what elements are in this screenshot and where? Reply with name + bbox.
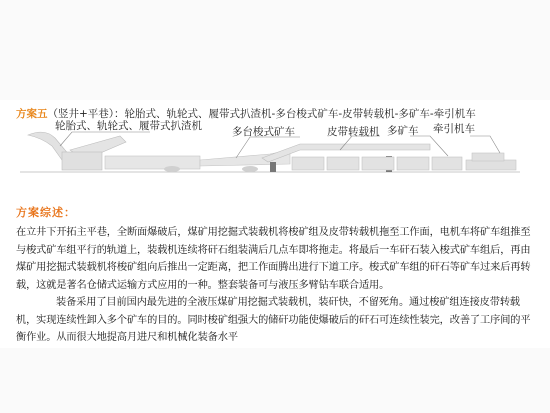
equipment-diagram: 轮胎式、轨轮式、履带式扒渣机 多台梭式矿车 皮带转载机 多矿车 牵引机车 — [0, 120, 550, 180]
label-mine-cars: 多矿车 — [387, 125, 419, 137]
summary-paragraph-2: 装备采用了目前国内最先进的全液压煤矿用挖掘式装载机，装矸快，不留死角。通过梭矿组… — [16, 294, 536, 347]
label-loader: 轮胎式、轨轮式、履带式扒渣机 — [55, 120, 202, 132]
label-locomotive: 牵引机车 — [433, 123, 475, 135]
scheme-title-text: （竖井+平巷）：轮胎式、轨轮式、履带式扒渣机-多台梭式矿车-皮带转载机-多矿车-… — [48, 108, 476, 120]
label-belt-conveyor: 皮带转载机 — [327, 126, 380, 138]
scheme-tag: 方案五 — [16, 108, 48, 120]
label-shuttle-cars: 多台梭式矿车 — [232, 126, 295, 138]
scheme-title: 方案五（竖井+平巷）：轮胎式、轨轮式、履带式扒渣机-多台梭式矿车-皮带转载机-多… — [16, 107, 476, 121]
summary-title: 方案综述： — [16, 204, 76, 220]
summary-paragraph-1: 在立井下开拓主平巷，全断面爆破后，煤矿用挖掘式装载机将梭矿组及皮带转载机拖至工作… — [16, 224, 536, 294]
content-panel: 方案五（竖井+平巷）：轮胎式、轨轮式、履带式扒渣机-多台梭式矿车-皮带转载机-多… — [0, 100, 550, 348]
